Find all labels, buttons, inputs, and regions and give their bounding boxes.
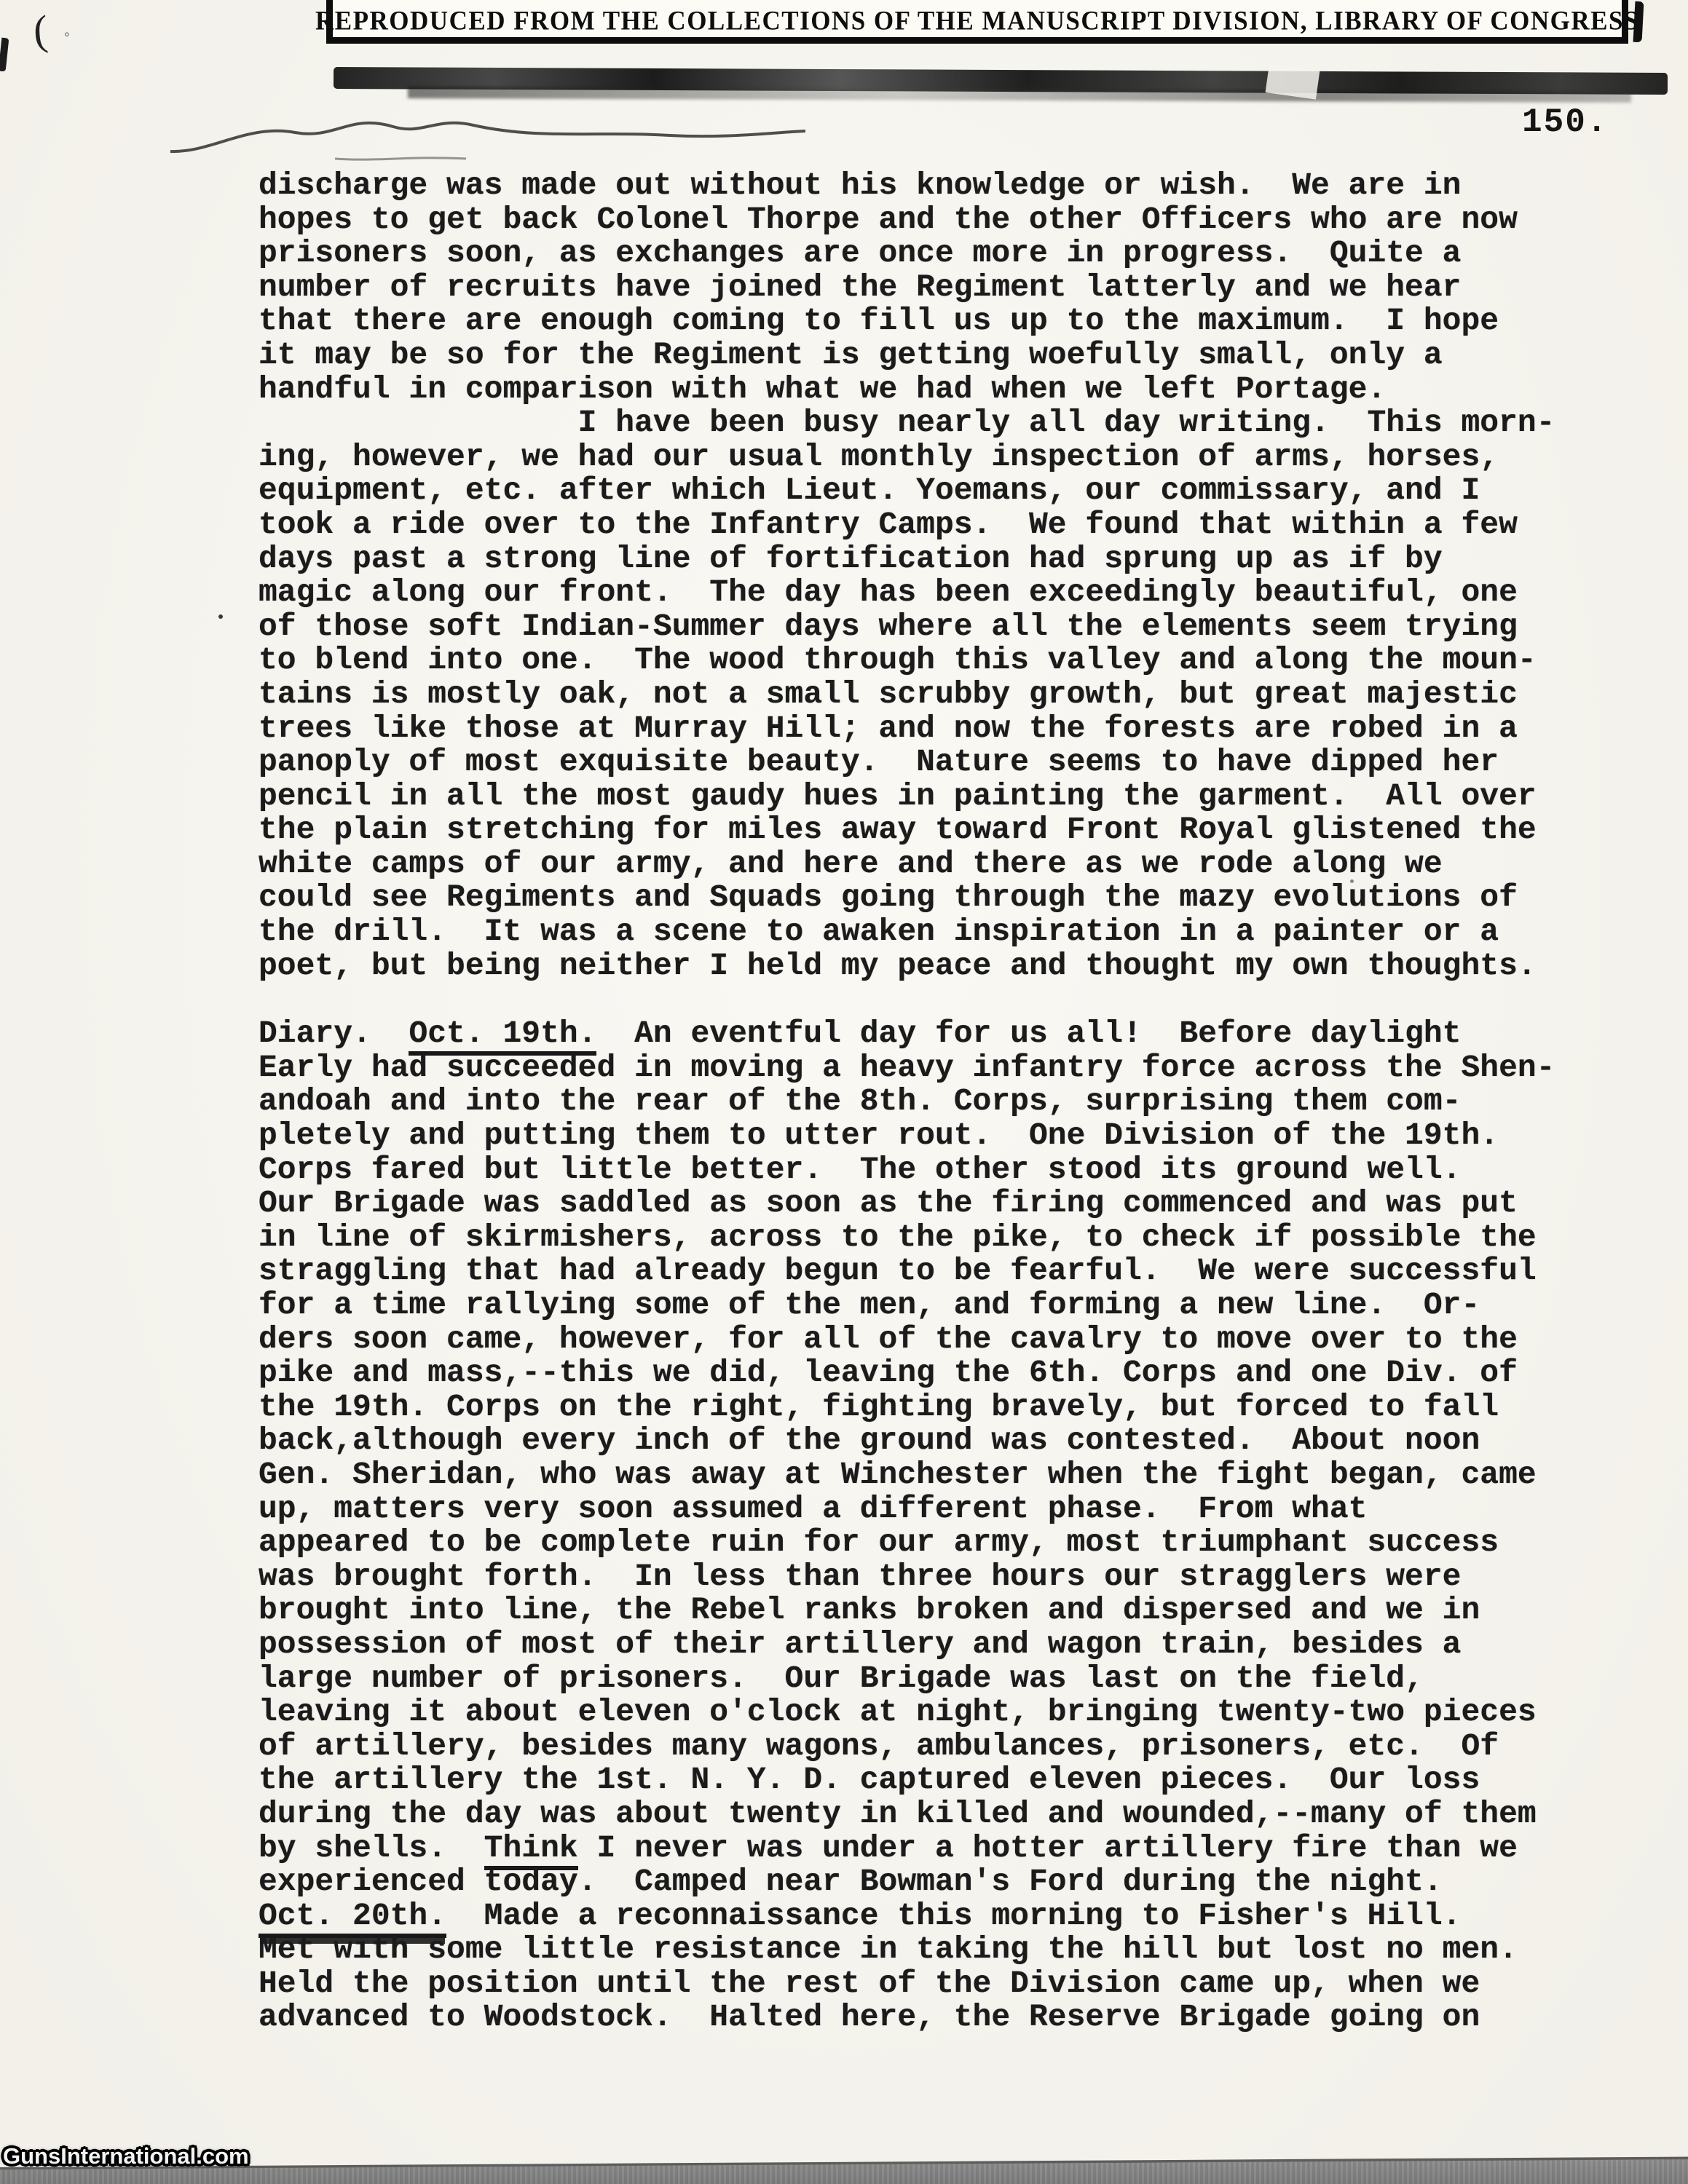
text-line: trees like those at Murray Hill; and now…: [259, 712, 1628, 746]
text-line: it may be so for the Regiment is getting…: [259, 339, 1628, 373]
text-line: ing, however, we had our usual monthly i…: [259, 440, 1628, 475]
text-line: by shells. Think I never was under a hot…: [259, 1832, 1628, 1866]
text-line: magic along our front. The day has been …: [259, 576, 1628, 610]
text-line: Met with some little resistance in takin…: [259, 1933, 1628, 1967]
text-segment: white camps of our army, and here and th…: [259, 846, 1443, 882]
text-line: that there are enough coming to fill us …: [259, 304, 1628, 339]
text-segment: I never was under a hotter artillery fir…: [578, 1830, 1518, 1866]
text-line: poet, but being neither I held my peace …: [259, 949, 1628, 984]
text-line: Diary. Oct. 19th. An eventful day for us…: [259, 1017, 1628, 1051]
text-line: panoply of most exquisite beauty. Nature…: [259, 745, 1628, 780]
text-segment: of those soft Indian-Summer days where a…: [259, 609, 1518, 644]
loc-reproduction-banner: REPRODUCED FROM THE COLLECTIONS OF THE M…: [326, 0, 1628, 44]
banner-text: REPRODUCED FROM THE COLLECTIONS OF THE M…: [315, 6, 1639, 38]
text-line: hopes to get back Colonel Thorpe and the…: [259, 203, 1628, 237]
text-segment: poet, but being neither I held my peace …: [259, 948, 1537, 984]
text-line: possession of most of their artillery an…: [259, 1628, 1628, 1662]
text-line: the artillery the 1st. N. Y. D. captured…: [259, 1763, 1628, 1797]
diary-entry: Diary. Oct. 19th. An eventful day for us…: [259, 1017, 1628, 2035]
text-segment: hopes to get back Colonel Thorpe and the…: [259, 202, 1518, 237]
text-line: pike and mass,--this we did, leaving the…: [259, 1356, 1628, 1390]
text-segment: large number of prisoners. Our Brigade w…: [259, 1661, 1424, 1696]
text-segment: An eventful day for us all! Before dayli…: [596, 1016, 1461, 1051]
text-segment: equipment, etc. after which Lieut. Yoema…: [259, 472, 1480, 508]
text-line: leaving it about eleven o'clock at night…: [259, 1696, 1628, 1730]
text-segment: handful in comparison with what we had w…: [259, 371, 1386, 407]
text-line: appeared to be complete ruin for our arm…: [259, 1526, 1628, 1560]
text-line: prisoners soon, as exchanges are once mo…: [259, 237, 1628, 271]
text-segment: up, matters very soon assumed a differen…: [259, 1491, 1367, 1527]
text-segment: advanced to Woodstock. Halted here, the …: [259, 1999, 1480, 2035]
text-segment: straggling that had already begun to be …: [259, 1253, 1537, 1289]
text-line: in line of skirmishers, across to the pi…: [259, 1221, 1628, 1255]
text-segment: trees like those at Murray Hill; and now…: [259, 711, 1518, 746]
text-segment: the artillery the 1st. N. Y. D. captured…: [259, 1762, 1480, 1797]
text-segment: leaving it about eleven o'clock at night…: [259, 1694, 1537, 1730]
scan-squiggle-artifact: [160, 95, 816, 175]
text-line: equipment, etc. after which Lieut. Yoema…: [259, 474, 1628, 508]
text-line: Held the position until the rest of the …: [259, 1967, 1628, 2001]
text-line: ders soon came, however, for all of the …: [259, 1323, 1628, 1357]
text-line: brought into line, the Rebel ranks broke…: [259, 1594, 1628, 1628]
text-line: took a ride over to the Infantry Camps. …: [259, 508, 1628, 542]
text-line: to blend into one. The wood through this…: [259, 644, 1628, 678]
text-segment: pletely and putting them to utter rout. …: [259, 1117, 1499, 1153]
text-segment: by shells.: [259, 1830, 484, 1866]
text-segment: the 19th. Corps on the right, fighting b…: [259, 1389, 1499, 1425]
text-line: experienced today. Camped near Bowman's …: [259, 1865, 1628, 1899]
text-segment: ing, however, we had our usual monthly i…: [259, 439, 1499, 475]
text-segment: was brought forth. In less than three ho…: [259, 1559, 1461, 1594]
text-line: Gen. Sheridan, who was away at Wincheste…: [259, 1458, 1628, 1492]
text-segment: it may be so for the Regiment is getting…: [259, 337, 1443, 373]
text-line: pencil in all the most gaudy hues in pai…: [259, 780, 1628, 814]
text-segment: Met with some little resistance in takin…: [259, 1931, 1518, 1967]
text-segment: Corps fared but little better. The other…: [259, 1152, 1461, 1187]
text-segment: prisoners soon, as exchanges are once mo…: [259, 235, 1461, 271]
text-line: days past a strong line of fortification…: [259, 542, 1628, 577]
text-line: number of recruits have joined the Regim…: [259, 271, 1628, 305]
scan-edge-artifact: [0, 38, 9, 72]
text-segment: Made a reconnaissance this morning to Fi…: [446, 1898, 1461, 1934]
text-segment: possession of most of their artillery an…: [259, 1626, 1461, 1662]
text-line: the plain stretching for miles away towa…: [259, 813, 1628, 847]
text-segment: andoah and into the rear of the 8th. Cor…: [259, 1083, 1461, 1119]
watermark: GunsInternational.com: [3, 2143, 249, 2169]
text-line: advanced to Woodstock. Halted here, the …: [259, 2001, 1628, 2035]
text-segment: ders soon came, however, for all of the …: [259, 1321, 1518, 1357]
scan-paren-artifact: (: [32, 5, 50, 55]
text-line: during the day was about twenty in kille…: [259, 1797, 1628, 1832]
text-segment: brought into line, the Rebel ranks broke…: [259, 1592, 1480, 1628]
text-segment: discharge was made out without his knowl…: [259, 167, 1461, 203]
text-line: of artillery, besides many wagons, ambul…: [259, 1730, 1628, 1764]
text-segment: Held the position until the rest of the …: [259, 1966, 1480, 2001]
scan-speck: [218, 614, 223, 619]
text-line: the drill. It was a scene to awaken insp…: [259, 915, 1628, 949]
text-segment: that there are enough coming to fill us …: [259, 303, 1499, 339]
typewritten-text: discharge was made out without his knowl…: [259, 169, 1628, 2035]
text-segment: days past a strong line of fortification…: [259, 541, 1443, 577]
text-segment: number of recruits have joined the Regim…: [259, 269, 1461, 305]
text-line: andoah and into the rear of the 8th. Cor…: [259, 1085, 1628, 1119]
text-segment: I have been busy nearly all day writing.…: [259, 405, 1555, 440]
text-line: was brought forth. In less than three ho…: [259, 1560, 1628, 1594]
text-segment: Diary.: [259, 1016, 409, 1051]
text-line: handful in comparison with what we had w…: [259, 373, 1628, 407]
text-segment: panoply of most exquisite beauty. Nature…: [259, 744, 1499, 780]
text-segment: experienced today. Camped near Bowman's …: [259, 1864, 1443, 1899]
text-line: discharge was made out without his knowl…: [259, 169, 1628, 203]
banner-edge-artifact: [1633, 1, 1644, 43]
text-segment: of artillery, besides many wagons, ambul…: [259, 1728, 1499, 1764]
letter-body: discharge was made out without his knowl…: [259, 169, 1628, 983]
page-number: 150.: [1522, 103, 1608, 141]
text-segment: Our Brigade was saddled as soon as the f…: [259, 1185, 1518, 1221]
text-line: tains is mostly oak, not a small scrubby…: [259, 678, 1628, 712]
text-segment: appeared to be complete ruin for our arm…: [259, 1524, 1499, 1560]
text-segment: Early had succeeded in moving a heavy in…: [259, 1050, 1555, 1085]
text-segment: tains is mostly oak, not a small scrubby…: [259, 676, 1518, 712]
text-line: Corps fared but little better. The other…: [259, 1153, 1628, 1187]
text-line: Early had succeeded in moving a heavy in…: [259, 1051, 1628, 1085]
text-line: white camps of our army, and here and th…: [259, 847, 1628, 882]
scan-dot-artifact: ◦: [64, 25, 70, 44]
text-segment: back,although every inch of the ground w…: [259, 1423, 1480, 1458]
text-line: Our Brigade was saddled as soon as the f…: [259, 1187, 1628, 1221]
text-segment: the drill. It was a scene to awaken insp…: [259, 914, 1499, 949]
text-line: of those soft Indian-Summer days where a…: [259, 610, 1628, 644]
text-line: straggling that had already begun to be …: [259, 1254, 1628, 1289]
text-line: the 19th. Corps on the right, fighting b…: [259, 1390, 1628, 1425]
text-line: Oct. 20th. Made a reconnaissance this mo…: [259, 1899, 1628, 1934]
text-segment: took a ride over to the Infantry Camps. …: [259, 507, 1518, 542]
text-segment: pike and mass,--this we did, leaving the…: [259, 1355, 1518, 1390]
text-segment: Gen. Sheridan, who was away at Wincheste…: [259, 1457, 1537, 1492]
text-segment: could see Regiments and Squads going thr…: [259, 879, 1518, 915]
text-line: up, matters very soon assumed a differen…: [259, 1492, 1628, 1527]
text-segment: pencil in all the most gaudy hues in pai…: [259, 778, 1537, 814]
text-line: pletely and putting them to utter rout. …: [259, 1119, 1628, 1153]
text-segment: in line of skirmishers, across to the pi…: [259, 1219, 1537, 1255]
text-line: back,although every inch of the ground w…: [259, 1424, 1628, 1458]
text-segment: during the day was about twenty in kille…: [259, 1796, 1537, 1832]
text-segment: magic along our front. The day has been …: [259, 574, 1518, 610]
text-segment: for a time rallying some of the men, and…: [259, 1287, 1480, 1323]
text-segment: to blend into one. The wood through this…: [259, 642, 1537, 678]
text-line: could see Regiments and Squads going thr…: [259, 881, 1628, 915]
scanned-document-page: REPRODUCED FROM THE COLLECTIONS OF THE M…: [0, 0, 1688, 2184]
text-line: large number of prisoners. Our Brigade w…: [259, 1662, 1628, 1696]
text-line: for a time rallying some of the men, and…: [259, 1289, 1628, 1323]
text-segment: the plain stretching for miles away towa…: [259, 812, 1537, 847]
text-line: I have been busy nearly all day writing.…: [259, 406, 1628, 440]
